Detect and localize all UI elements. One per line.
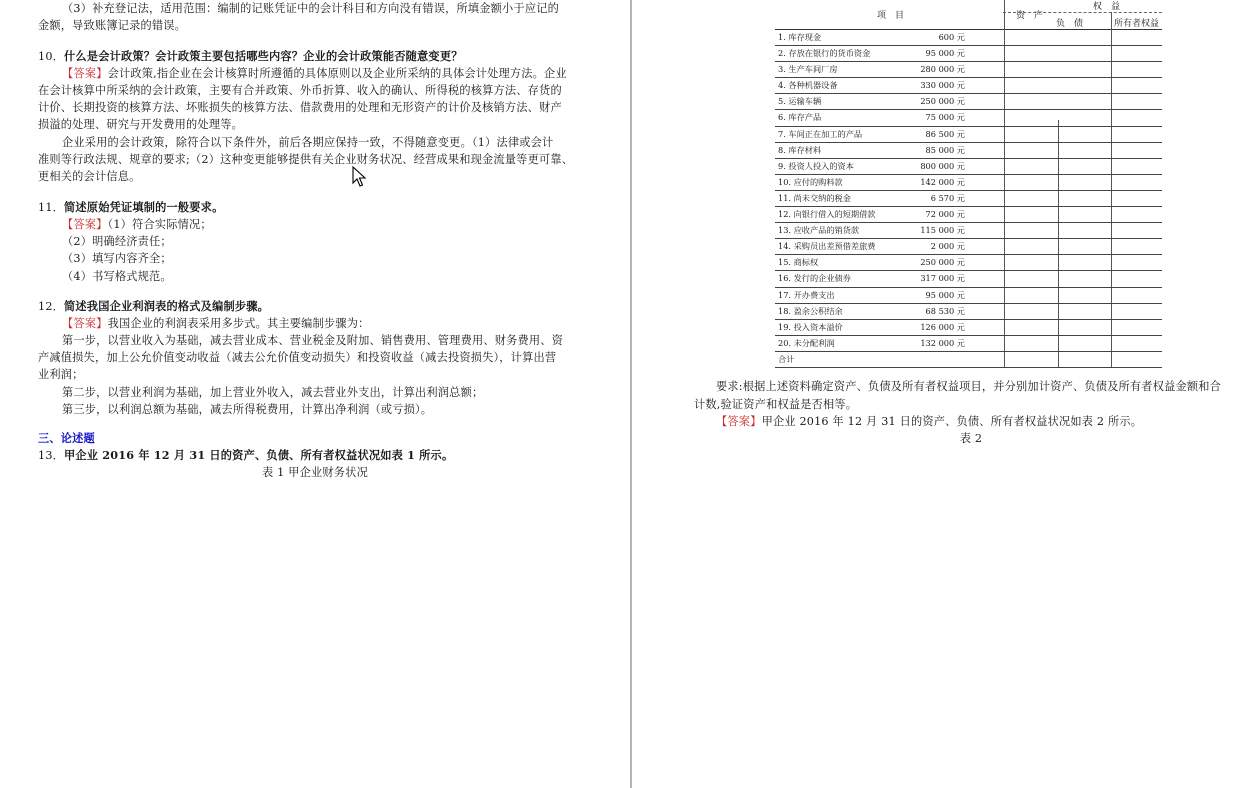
answer-line: （3）填写内容齐全； bbox=[62, 250, 172, 267]
question-number: 11． bbox=[38, 201, 64, 214]
answer-line: 【答案】我国企业的利润表采用多步式。其主要编制步骤为： bbox=[62, 315, 369, 332]
answer-line: 产减值损失，加上公允价值变动收益（减去公允价值变动损失）和投资收益（减去投资损失… bbox=[38, 349, 556, 366]
question-number: 12． bbox=[38, 300, 64, 313]
answer-line: （2）明确经济责任； bbox=[62, 233, 172, 250]
section-heading: 三、论述题 bbox=[38, 430, 95, 447]
answer-line: 计价、长期投资的核算方法、坏账损失的核算方法、借款费用的处理和无形资产的计价及核… bbox=[38, 99, 562, 116]
answer-line: 第一步，以营业收入为基础，减去营业成本、营业税金及附加、销售费用、管理费用、财务… bbox=[62, 332, 563, 349]
table-caption: 表 1 甲企业财务状况 bbox=[0, 464, 630, 481]
answer-line: 【答案】甲企业 2016 年 12 月 31 日的资产、负债、所有者权益状况如表… bbox=[716, 413, 1142, 430]
answer-line: 第二步，以营业利润为基础，加上营业外收入，减去营业外支出，计算出利润总额； bbox=[62, 384, 483, 401]
answer-line: （4）书写格式规范。 bbox=[62, 268, 172, 285]
table2-caption: 表 2 bbox=[633, 430, 1260, 447]
question-text: 简述原始凭证填制的一般要求。 bbox=[64, 200, 223, 214]
left-page: （3）补充登记法，适用范围：编制的记账凭证中的会计科目和方向没有错误，所填金额小… bbox=[0, 0, 630, 788]
question-text: 简述我国企业利润表的格式及编制步骤。 bbox=[64, 299, 269, 313]
answer-line: 更相关的会计信息。 bbox=[38, 168, 141, 185]
answer-line: 【答案】（1）符合实际情况； bbox=[62, 216, 212, 233]
question-text: 什么是会计政策？会计政策主要包括哪些内容？企业的会计政策能否随意变更？ bbox=[64, 49, 463, 63]
answer-line: 损溢的处理、研究与开发费用的处理等。 bbox=[38, 116, 243, 133]
answer-line: 准则等行政法规、规章的要求;（2）这种变更能够提供有关企业财务状况、经营成果和现… bbox=[38, 151, 573, 168]
question-text: 甲企业 2016 年 12 月 31 日的资产、负债、所有者权益状况如表 1 所… bbox=[64, 448, 453, 462]
intro-line: （3）补充登记法，适用范围：编制的记账凭证中的会计科目和方向没有错误，所填金额小… bbox=[62, 0, 559, 17]
question-12: 12．简述我国企业利润表的格式及编制步骤。 bbox=[38, 298, 269, 315]
answer-line: 企业采用的会计政策，除符合以下条件外，前后各期应保持一致，不得随意变更。（1）法… bbox=[62, 134, 553, 151]
requirement-line: 计数,验证资产和权益是否相等。 bbox=[694, 396, 857, 413]
answer-tag: 【答案】 bbox=[62, 218, 108, 231]
question-13: 13．甲企业 2016 年 12 月 31 日的资产、负债、所有者权益状况如表 … bbox=[38, 447, 453, 464]
answer-line: 业利润； bbox=[38, 366, 84, 383]
intro-line: 金额，导致账簿记录的错误。 bbox=[38, 17, 186, 34]
right-page: 要求:根据上述资料确定资产、负债及所有者权益项目，并分别加计资产、负债及所有者权… bbox=[633, 0, 1260, 788]
page-divider bbox=[630, 0, 632, 788]
question-number: 13． bbox=[38, 449, 64, 462]
question-number: 10． bbox=[38, 50, 64, 63]
answer-line: 在会计核算中所采纳的会计政策，主要有合并政策、外币折算、收入的确认、所得税的核算… bbox=[38, 82, 562, 99]
answer-line: 【答案】会计政策,指企业在会计核算时所遵循的具体原则以及企业所采纳的具体会计处理… bbox=[62, 65, 567, 82]
answer-tag: 【答案】 bbox=[62, 67, 108, 80]
question-11: 11．简述原始凭证填制的一般要求。 bbox=[38, 199, 223, 216]
answer-tag: 【答案】 bbox=[716, 415, 762, 428]
mouse-cursor-icon bbox=[352, 166, 368, 188]
requirement-line: 要求:根据上述资料确定资产、负债及所有者权益项目，并分别加计资产、负债及所有者权… bbox=[716, 378, 1221, 395]
answer-line: 第三步，以利润总额为基础，减去所得税费用，计算出净利润（或亏损）。 bbox=[62, 401, 432, 418]
answer-tag: 【答案】 bbox=[62, 317, 108, 330]
question-10: 10．什么是会计政策？会计政策主要包括哪些内容？企业的会计政策能否随意变更？ bbox=[38, 48, 463, 65]
